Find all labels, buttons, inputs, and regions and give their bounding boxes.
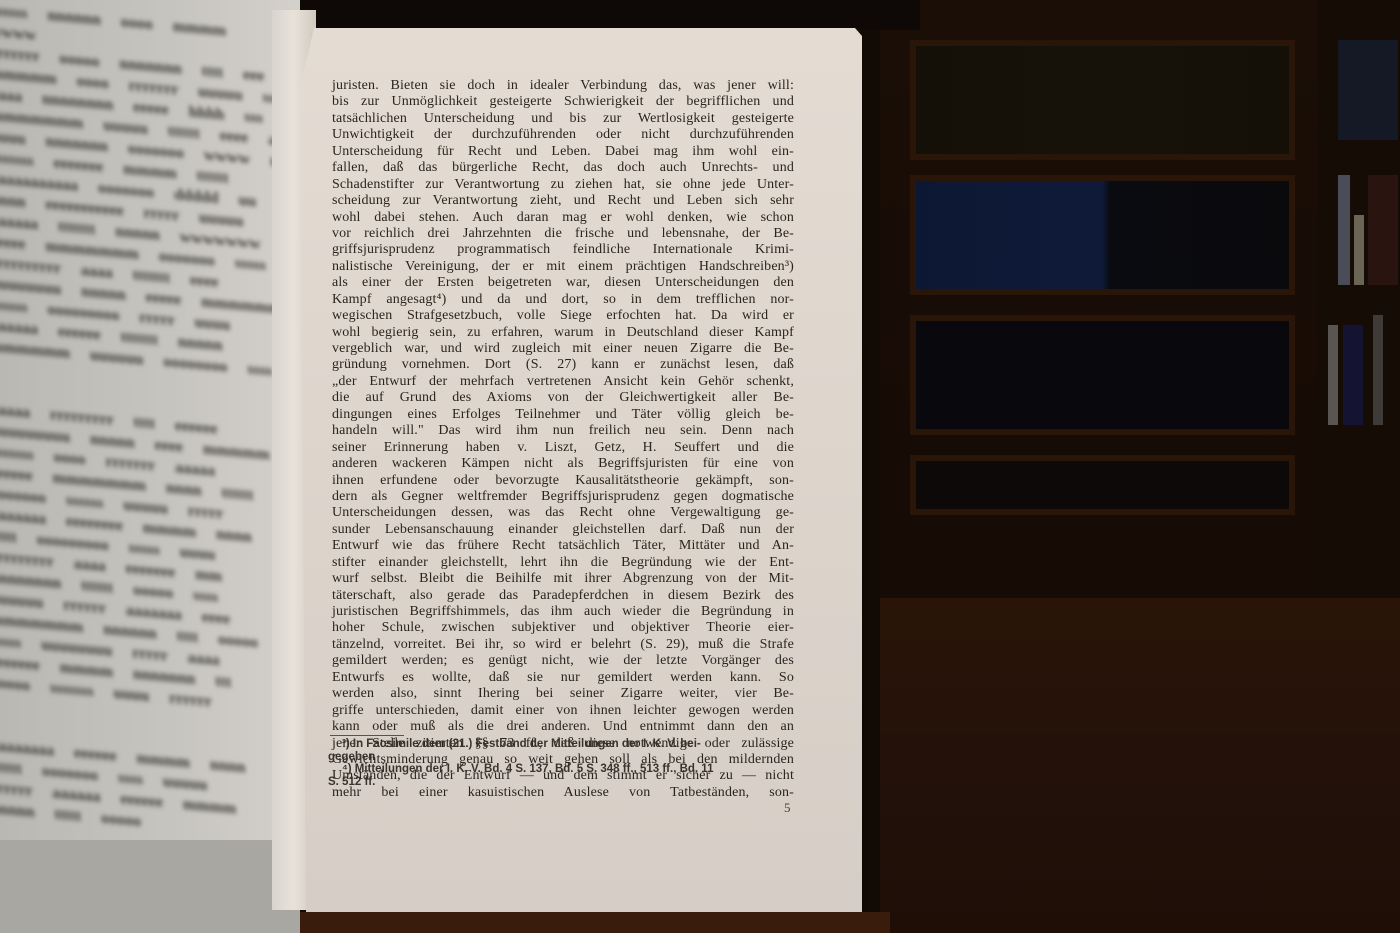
text-line: kann oder muß als die drei anderen. Und … xyxy=(332,719,794,735)
footnote-4: ⁴) Mitteilungen der I. K. V. Bd. 4 S. 13… xyxy=(328,763,790,776)
text-line: scheidung zur Verantwortung zieht, und R… xyxy=(332,193,794,209)
text-line: nalistische Vereinigung, der er mit eine… xyxy=(332,259,794,275)
text-line: werden also, sinnt Ihering bei seiner Zi… xyxy=(332,686,794,702)
text-line: Unterscheidung für Recht und Leben. Dabe… xyxy=(332,144,794,160)
text-line: stifter einander gleichstellt, lehrt ihn… xyxy=(332,555,794,571)
footnote-3: ³) In Facsimile dem (21.) Festband der M… xyxy=(328,738,790,751)
text-line: griffsjurisprudenz programmatisch feindl… xyxy=(332,242,794,258)
left-page-text-blurred: ssssss nnnnnn oooo mmmm wwww rrrrrrr ooo… xyxy=(0,0,290,886)
bookshelf-row-blue-spines xyxy=(910,175,1295,295)
book-spine xyxy=(1373,315,1383,425)
footnote-text: In Facsimile dem (21.) Festband der Mitt… xyxy=(353,738,701,750)
text-line: Unterscheidungen dessen, was das Recht o… xyxy=(332,505,794,521)
table-edge xyxy=(270,912,890,933)
text-line: „der Entwurf der mehrfach vertretenen An… xyxy=(332,374,794,390)
text-line: vor reichlich drei Jahrzehnten die frisc… xyxy=(332,226,794,242)
text-line: wurf selbst. Bleibt die Beihilfe mit ihr… xyxy=(332,571,794,587)
bookshelf-right-column xyxy=(1318,0,1400,600)
text-line: hoher Schule, zwischen subjektiver und o… xyxy=(332,620,794,636)
text-line: wohl begierig sein, zu erfahren, warum i… xyxy=(332,325,794,341)
text-line: handeln will." Das wird ihm nun freilich… xyxy=(332,423,794,439)
text-line: als einer der Ersten beigetreten war, di… xyxy=(332,275,794,291)
top-shadow xyxy=(260,0,920,30)
text-line: dern als Gegner weltfremder Begriffsjuri… xyxy=(332,489,794,505)
text-line: seiner Erinnerung haben v. Liszt, Getz, … xyxy=(332,440,794,456)
text-line: gemildert werden; es genügt nicht, wie d… xyxy=(332,653,794,669)
footnote-3-continuation: gegeben xyxy=(328,751,790,764)
text-line: dingungen eines Erfolges Teilnehmer und … xyxy=(332,407,794,423)
footnote-divider xyxy=(330,735,404,736)
text-line: bis zur Unmöglichkeit gesteigerte Schwie… xyxy=(332,94,794,110)
text-line: Entwurfs es wollte, daß sie nur gemilder… xyxy=(332,670,794,686)
text-line: tänzelnd, vorreitet. Bei ihr, so wird er… xyxy=(332,637,794,653)
text-line: griffe unterschieden, damit einer von ih… xyxy=(332,703,794,719)
bookshelf-row-dark-spines xyxy=(910,315,1295,435)
book-spine xyxy=(1343,325,1363,425)
page-body-text: juristen. Bieten sie doch in idealer Ver… xyxy=(332,78,794,801)
footnote-text: Mitteilungen der I. K. V. Bd. 4 S. 137, … xyxy=(355,763,714,775)
text-line: fallen, daß das bürgerliche Recht, das d… xyxy=(332,160,794,176)
text-line: vergeblich war, und wird zugleich mit ei… xyxy=(332,341,794,357)
page-number: 5 xyxy=(784,800,791,816)
text-line: tatsächlichen Unterscheidung und bis zur… xyxy=(332,111,794,127)
footnote-4-continuation: S. 512 ff. xyxy=(328,776,790,789)
text-line: juristischen Begriffshimmels, das ihm au… xyxy=(332,604,794,620)
text-line: ihnen erfundene oder bevorzugte Kausalit… xyxy=(332,473,794,489)
text-line: Unwichtigkeit der durchzuführenden oder … xyxy=(332,127,794,143)
book-spine xyxy=(1338,175,1350,285)
bookshelf-row-gilt-spines xyxy=(910,40,1295,160)
text-line: wegischen Strafgesetzbuch, volle Siege e… xyxy=(332,308,794,324)
left-page-lower-shade xyxy=(0,840,300,933)
text-line: Schadenstifter zur Verantwortung zu zieh… xyxy=(332,177,794,193)
text-line: juristen. Bieten sie doch in idealer Ver… xyxy=(332,78,794,94)
footnote-marker: ³) xyxy=(342,738,350,750)
book-spine xyxy=(1338,40,1398,140)
book-spine xyxy=(1328,325,1338,425)
left-page-blurred: ssssss nnnnnn oooo mmmm wwww rrrrrrr ooo… xyxy=(0,0,300,933)
text-line: Kampf angesagt⁴) und da und dort, so in … xyxy=(332,292,794,308)
footnotes: ³) In Facsimile dem (21.) Festband der M… xyxy=(328,738,790,788)
text-line: gründung vornehmen. Dort (S. 27) kann er… xyxy=(332,357,794,373)
book-spine xyxy=(1354,215,1364,285)
text-line: wohl dabei stehen. Auch daran mag er woh… xyxy=(332,210,794,226)
text-line: Entwurf wie das frühere Recht tatsächlic… xyxy=(332,538,794,554)
text-line: die auf Grund des Axioms von der Gleichw… xyxy=(332,390,794,406)
book-spine xyxy=(1368,175,1398,285)
text-line: sunder Lebensanschauung einander gleichs… xyxy=(332,522,794,538)
text-line: täterschaft, also gerade das Paradepferd… xyxy=(332,588,794,604)
text-line: anderen wackeren Kämpen nicht als Begrif… xyxy=(332,456,794,472)
wooden-table xyxy=(880,598,1400,933)
footnote-marker: ⁴) xyxy=(342,763,352,775)
bookshelf-row-bottom xyxy=(910,455,1295,515)
